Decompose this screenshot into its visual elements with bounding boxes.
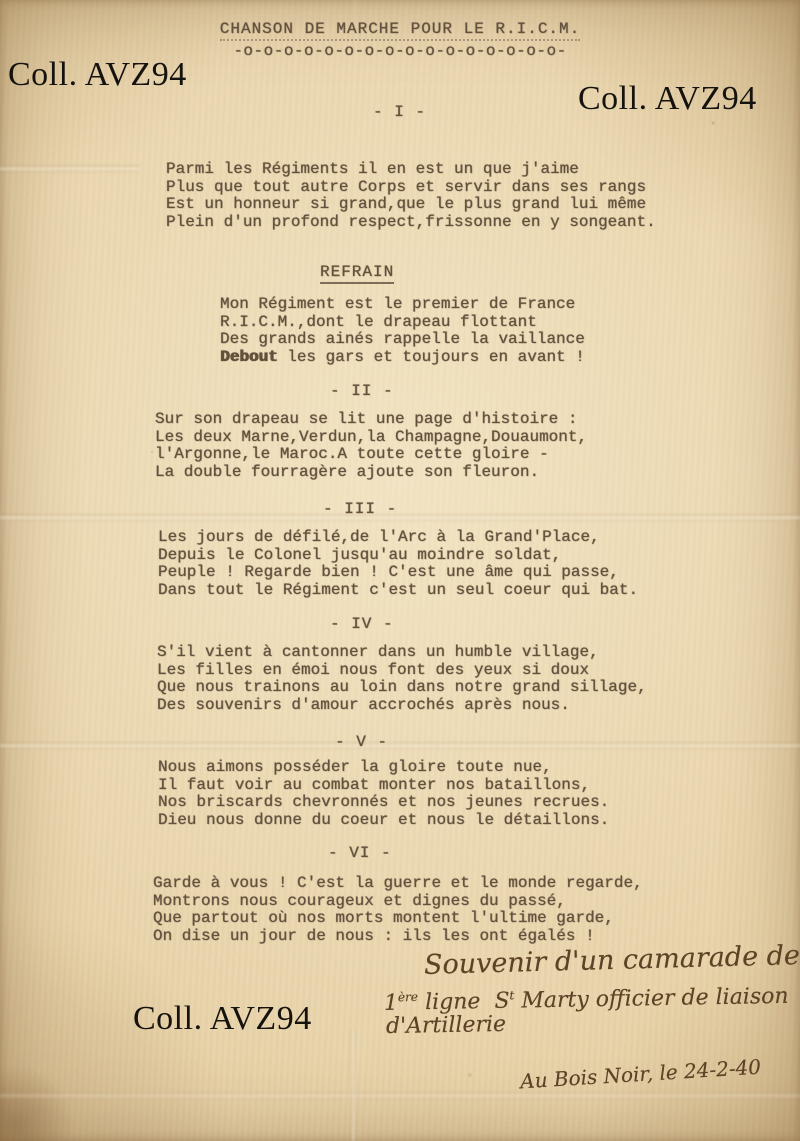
dedication-text-part: Marty officier de liaison bbox=[514, 984, 789, 1014]
verse-line: Debout les gars et toujours en avant ! bbox=[220, 349, 585, 367]
verse-line: Que partout où nos morts montent l'ultim… bbox=[153, 910, 643, 928]
stanza-vi: Garde à vous ! C'est la guerre et le mon… bbox=[153, 875, 643, 945]
section-heading-vi: - VI - bbox=[328, 844, 392, 862]
handwritten-dateline: Au Bois Noir, le 24-2-40 bbox=[519, 1055, 761, 1094]
verse-line: Mon Régiment est le premier de France bbox=[220, 296, 585, 314]
section-heading-v: - V - bbox=[335, 733, 388, 751]
document-title: CHANSON DE MARCHE POUR LE R.I.C.M. bbox=[220, 20, 580, 41]
stanza-v: Nous aimons posséder la gloire toute nue… bbox=[158, 759, 609, 829]
verse-line: Nos briscards chevronnés et nos jeunes r… bbox=[158, 794, 609, 812]
scanned-document-page: CHANSON DE MARCHE POUR LE R.I.C.M. -o-o-… bbox=[0, 0, 800, 1141]
section-heading-iv: - IV - bbox=[330, 615, 394, 633]
dedication-superscript: ère bbox=[398, 990, 418, 1004]
section-heading-i: - I - bbox=[373, 103, 426, 121]
verse-line: Les jours de défilé,de l'Arc à la Grand'… bbox=[158, 529, 638, 547]
verse-line: On dise un jour de nous : ils les ont ég… bbox=[153, 928, 643, 946]
verse-line: Les filles en émoi nous font des yeux si… bbox=[157, 662, 647, 680]
verse-line: Sur son drapeau se lit une page d'histoi… bbox=[155, 411, 587, 429]
paper-crease bbox=[0, 1092, 800, 1099]
verse-line: Peuple ! Regarde bien ! C'est une âme qu… bbox=[158, 564, 638, 582]
verse-line: Les deux Marne,Verdun,la Champagne,Douau… bbox=[155, 429, 587, 447]
verse-line: Garde à vous ! C'est la guerre et le mon… bbox=[153, 875, 643, 893]
verse-line: Est un honneur si grand,que le plus gran… bbox=[166, 196, 656, 214]
verse-line: Plein d'un profond respect,frissonne en … bbox=[166, 214, 656, 232]
verse-line: Dans tout le Régiment c'est un seul coeu… bbox=[158, 582, 638, 600]
refrain-stanza: Mon Régiment est le premier de France R.… bbox=[220, 296, 585, 366]
collection-watermark-bottom-left: Coll. AVZ94 bbox=[133, 1000, 312, 1038]
paper-crease bbox=[0, 742, 800, 749]
collection-watermark-top-right: Coll. AVZ94 bbox=[578, 80, 757, 118]
stanza-iv: S'il vient à cantonner dans un humble vi… bbox=[157, 644, 647, 714]
stanza-i: Parmi les Régiments il en est un que j'a… bbox=[166, 161, 656, 231]
section-heading-ii: - II - bbox=[330, 382, 394, 400]
document-header: CHANSON DE MARCHE POUR LE R.I.C.M. -o-o-… bbox=[0, 20, 800, 60]
verse-line: l'Argonne,le Maroc.A toute cette gloire … bbox=[155, 446, 587, 464]
verse-line: Depuis le Colonel jusqu'au moindre solda… bbox=[158, 547, 638, 565]
dedication-text-part: 1 bbox=[384, 991, 398, 1016]
stanza-iii: Les jours de défilé,de l'Arc à la Grand'… bbox=[158, 529, 638, 599]
paper-crease bbox=[0, 165, 140, 172]
bold-typed-word: Debout bbox=[220, 348, 278, 366]
paper-crease bbox=[350, 1030, 356, 1141]
verse-line: S'il vient à cantonner dans un humble vi… bbox=[157, 644, 647, 662]
verse-line-rest: les gars et toujours en avant ! bbox=[278, 348, 585, 366]
verse-line: Montrons nous courageux et dignes du pas… bbox=[153, 893, 643, 911]
handwritten-dedication-line2: 1ère ligne St Marty officier de liaison bbox=[384, 983, 789, 1015]
verse-line: La double fourragère ajoute son fleuron. bbox=[155, 464, 587, 482]
stanza-ii: Sur son drapeau se lit une page d'histoi… bbox=[155, 411, 587, 481]
verse-line: Que nous trainons au loin dans notre gra… bbox=[157, 679, 647, 697]
section-heading-iii: - III - bbox=[323, 500, 397, 518]
collection-watermark-top-left: Coll. AVZ94 bbox=[8, 56, 187, 94]
handwritten-dedication-line1: Souvenir d'un camarade de bbox=[424, 940, 800, 981]
verse-line: Des souvenirs d'amour accrochés après no… bbox=[157, 697, 647, 715]
verse-line: Dieu nous donne du coeur et nous le déta… bbox=[158, 812, 609, 830]
verse-line: Parmi les Régiments il en est un que j'a… bbox=[166, 161, 656, 179]
handwritten-dedication-line3: d'Artillerie bbox=[386, 1012, 506, 1039]
paper-crease bbox=[0, 514, 800, 521]
verse-line: Des grands ainés rappelle la vaillance bbox=[220, 331, 585, 349]
verse-line: R.I.C.M.,dont le drapeau flottant bbox=[220, 314, 585, 332]
verse-line: Nous aimons posséder la gloire toute nue… bbox=[158, 759, 609, 777]
verse-line: Il faut voir au combat monter nos batail… bbox=[158, 777, 609, 795]
verse-line: Plus que tout autre Corps et servir dans… bbox=[166, 179, 656, 197]
refrain-heading: REFRAIN bbox=[320, 263, 394, 284]
